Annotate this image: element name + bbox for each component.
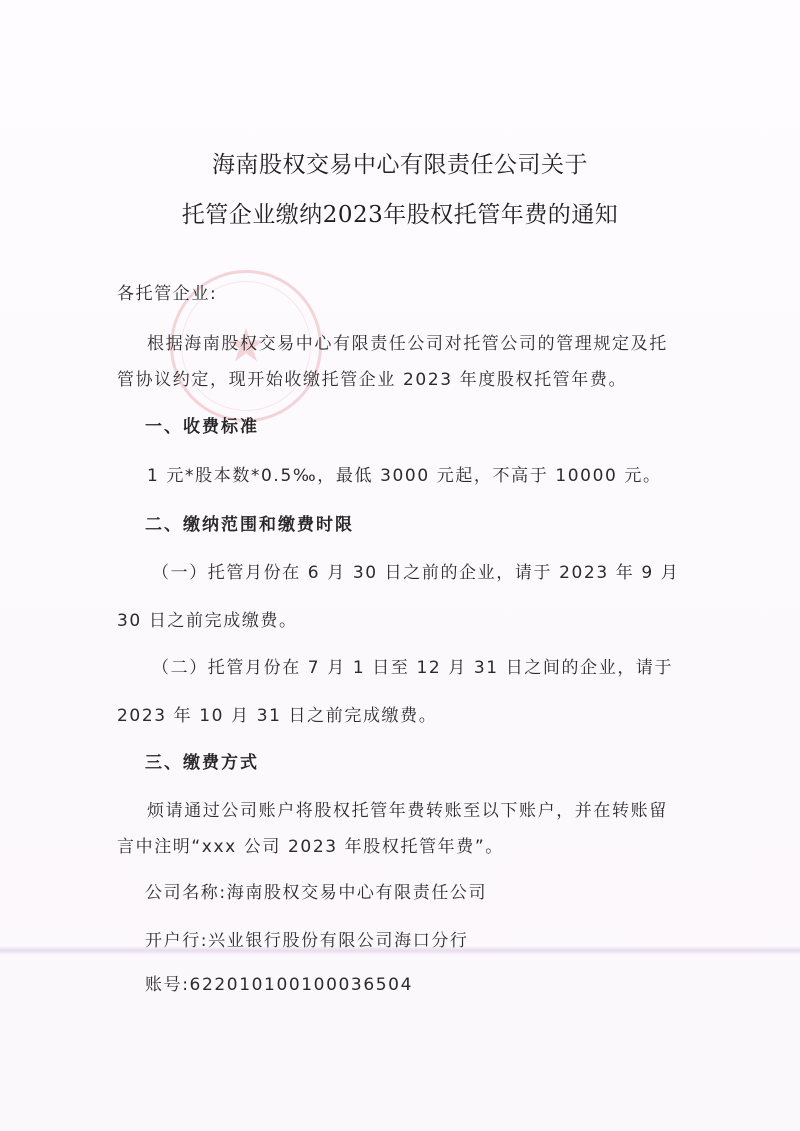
section-3-heading: 三、缴费方式 (145, 748, 259, 773)
deadline-item-1-line-1: （一）托管月份在 6 月 30 日之前的企业，请于 2023 年 9 月 (152, 558, 679, 583)
payment-method-line-1: 烦请通过公司账户将股权托管年费转账至以下账户，并在转账留 (147, 796, 668, 821)
payment-method-line-2: 言中注明“xxx 公司 2023 年股权托管年费”。 (117, 832, 504, 857)
section-1-heading: 一、收费标准 (145, 412, 259, 437)
deadline-item-2-line-1: （二）托管月份在 7 月 1 日至 12 月 31 日之间的企业，请于 (152, 653, 673, 678)
company-name-field: 公司名称:海南股权交易中心有限责任公司 (145, 878, 487, 903)
salutation: 各托管企业: (117, 279, 217, 304)
section-2-heading: 二、缴纳范围和缴费时限 (145, 510, 354, 535)
document-title-line-1: 海南股权交易中心有限责任公司关于 (0, 146, 800, 179)
account-number-field: 账号:622010100100036504 (145, 970, 413, 995)
document-title-line-2: 托管企业缴纳2023年股权托管年费的通知 (0, 196, 800, 229)
intro-line-1: 根据海南股权交易中心有限责任公司对托管公司的管理规定及托 (147, 329, 668, 354)
intro-line-2: 管协议约定，现开始收缴托管企业 2023 年度股权托管年费。 (117, 365, 627, 390)
document-page: ★ 海南股权交易中心有限责任公司关于 托管企业缴纳2023年股权托管年费的通知 … (0, 0, 800, 1131)
fee-standard-text: 1 元*股本数*0.5‰，最低 3000 元起，不高于 10000 元。 (147, 461, 662, 486)
deadline-item-2-line-2: 2023 年 10 月 31 日之前完成缴费。 (117, 701, 437, 726)
deadline-item-1-line-2: 30 日之前完成缴费。 (117, 606, 298, 631)
scan-artifact-band (0, 946, 800, 955)
